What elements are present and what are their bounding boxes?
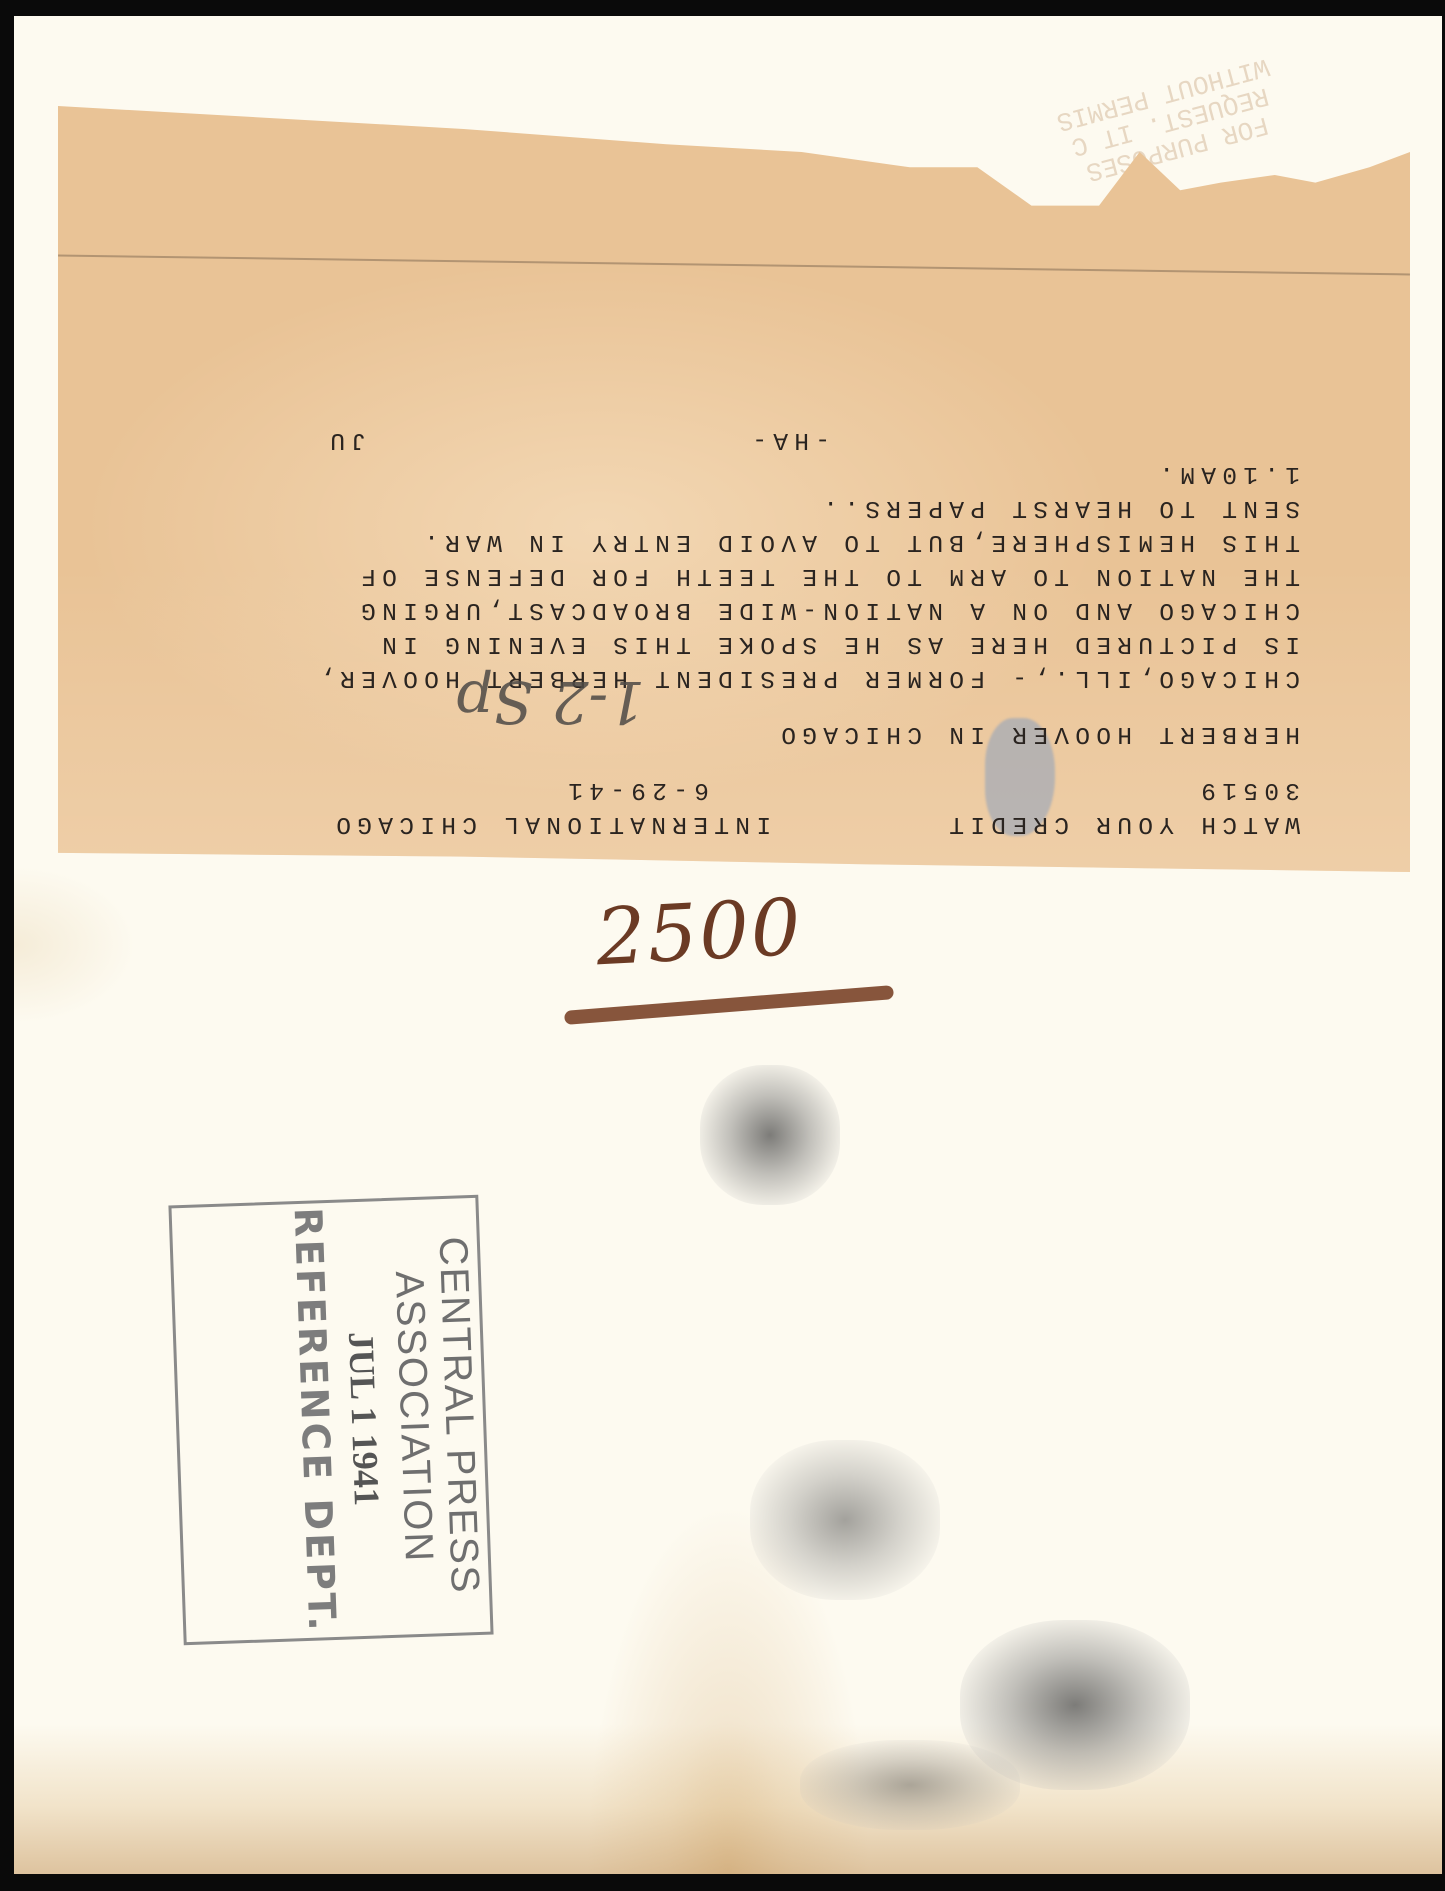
water-stain bbox=[14, 1724, 1442, 1874]
initials-row: -HA- JU bbox=[300, 422, 1300, 456]
stamp-date: JUL 1 1941 bbox=[335, 1198, 392, 1639]
reference-dept-stamp: CENTRAL PRESS ASSOCIATION JUL 1 1941 REF… bbox=[168, 1195, 493, 1646]
caption-date: 6-29-41 bbox=[300, 772, 709, 806]
body-line: CHICAGO AND ON A NATION-WIDE BROADCAST,U… bbox=[300, 592, 1300, 626]
handwritten-number: 2500 bbox=[594, 883, 805, 984]
body-line: 1.10AM. bbox=[300, 456, 1300, 490]
fold-crease bbox=[58, 255, 1410, 276]
faded-permission-stamp: FOR PURPOSES REQUEST. IT C WITHOUT PERMI… bbox=[1002, 0, 1325, 201]
stamp-dept: REFERENCE DEPT. bbox=[285, 1200, 344, 1641]
credit-line: WATCH YOUR CREDIT bbox=[943, 806, 1300, 840]
stamp-text: CENTRAL PRESS ASSOCIATION JUL 1 1941 REF… bbox=[173, 1195, 488, 1645]
glue-smudge bbox=[800, 1740, 1020, 1830]
typed-caption: WATCH YOUR CREDIT INTERNATIONAL CHICAGO … bbox=[300, 340, 1300, 840]
agency: INTERNATIONAL CHICAGO bbox=[300, 806, 771, 840]
glue-smudge bbox=[750, 1440, 940, 1600]
operator-initials: -HA- bbox=[746, 422, 830, 456]
body-line: THE NATION TO ARM TO THE TEETH FOR DEFEN… bbox=[300, 558, 1300, 592]
pencil-annotation: 1-2 Sp bbox=[365, 656, 645, 736]
caption-header-row: WATCH YOUR CREDIT INTERNATIONAL CHICAGO bbox=[300, 806, 1300, 840]
body-line: THIS HEMISPHERE,BUT TO AVOID ENTRY IN WA… bbox=[300, 524, 1300, 558]
caption-number-row: 30519 6-29-41 bbox=[300, 772, 1300, 806]
glue-smudge bbox=[700, 1065, 840, 1205]
photo-number: 30519 bbox=[1195, 772, 1300, 806]
body-line: IS PICTURED HERE AS HE SPOKE THIS EVENIN… bbox=[300, 626, 1300, 660]
typist-initials: JU bbox=[324, 422, 366, 456]
headline: HERBERT HOOVER IN CHICAGO bbox=[775, 716, 1300, 750]
body-line: SENT TO HEARST PAPERS.. bbox=[300, 490, 1300, 524]
